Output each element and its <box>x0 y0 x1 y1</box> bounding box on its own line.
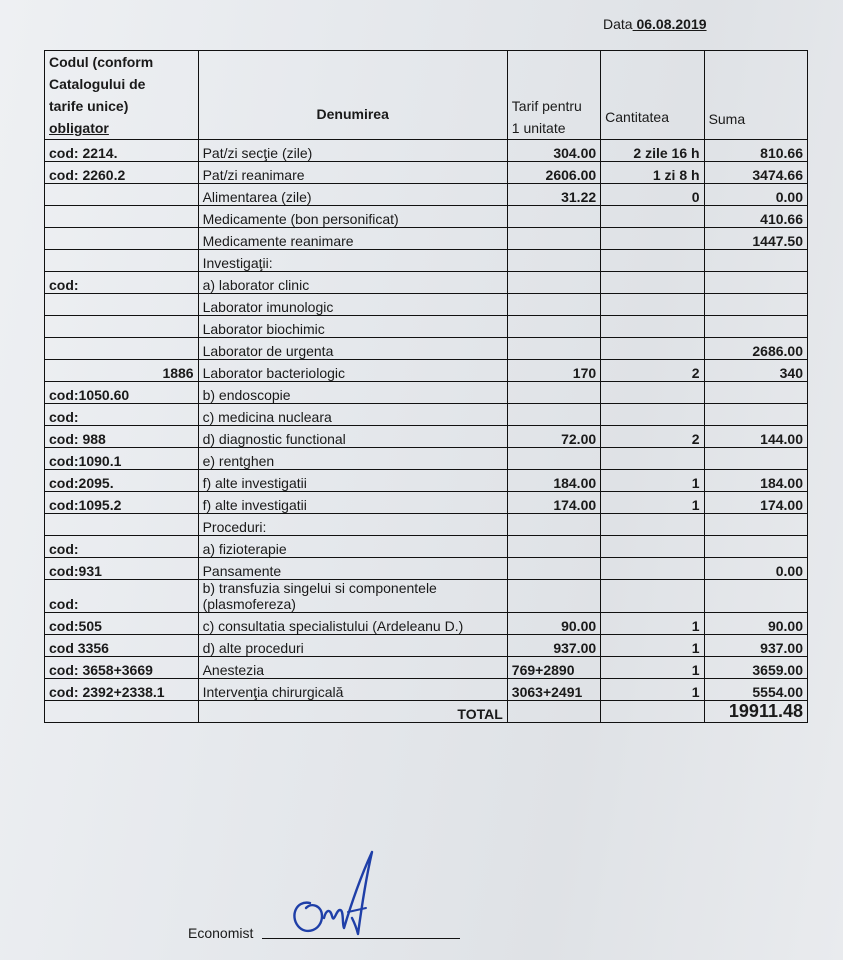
row-qty <box>601 382 704 404</box>
row-tarif: 184.00 <box>507 470 600 492</box>
row-code: cod: <box>45 404 199 426</box>
row-name: d) diagnostic functional <box>198 426 507 448</box>
row-tarif: 90.00 <box>507 613 600 635</box>
table-row: cod 3356d) alte proceduri937.001937.00 <box>45 635 808 657</box>
row-sum: 340 <box>704 360 807 382</box>
row-sum: 3474.66 <box>704 162 807 184</box>
row-sum <box>704 448 807 470</box>
row-sum <box>704 294 807 316</box>
row-tarif: 3063+2491 <box>507 679 600 701</box>
row-code <box>45 316 199 338</box>
row-sum: 0.00 <box>704 184 807 206</box>
header-sum: Suma <box>704 51 807 140</box>
header-code: Codul (conform Catalogului de tarife uni… <box>45 51 199 140</box>
table-row: Proceduri: <box>45 514 808 536</box>
row-qty <box>601 294 704 316</box>
table-row: Laborator de urgenta2686.00 <box>45 338 808 360</box>
row-name: Laborator imunologic <box>198 294 507 316</box>
table-row: cod:1095.2f) alte investigatii174.001174… <box>45 492 808 514</box>
row-code <box>45 514 199 536</box>
row-name: Laborator de urgenta <box>198 338 507 360</box>
row-qty <box>601 404 704 426</box>
row-tarif <box>507 250 600 272</box>
row-tarif <box>507 580 600 613</box>
header-code-required: obligator <box>49 117 194 139</box>
row-name: Pat/zi secţie (zile) <box>198 140 507 162</box>
row-name: Intervenţia chirurgicală <box>198 679 507 701</box>
row-sum <box>704 250 807 272</box>
row-code <box>45 250 199 272</box>
row-name: Medicamente (bon personificat) <box>198 206 507 228</box>
row-qty <box>601 316 704 338</box>
table-row: cod: 2214.Pat/zi secţie (zile)304.002 zi… <box>45 140 808 162</box>
row-tarif: 304.00 <box>507 140 600 162</box>
row-tarif <box>507 558 600 580</box>
row-name: f) alte investigatii <box>198 492 507 514</box>
table-row: Alimentarea (zile)31.2200.00 <box>45 184 808 206</box>
table-row: cod:1090.1e) rentghen <box>45 448 808 470</box>
total-tarif-cell <box>507 701 600 723</box>
row-code: cod: <box>45 580 199 613</box>
row-tarif: 769+2890 <box>507 657 600 679</box>
row-tarif: 2606.00 <box>507 162 600 184</box>
row-code: cod: 988 <box>45 426 199 448</box>
date-line: Data 06.08.2019 <box>603 16 707 32</box>
row-tarif <box>507 294 600 316</box>
row-sum: 5554.00 <box>704 679 807 701</box>
row-qty <box>601 338 704 360</box>
header-row: Codul (conform Catalogului de tarife uni… <box>45 51 808 140</box>
row-code <box>45 338 199 360</box>
row-name: d) alte proceduri <box>198 635 507 657</box>
invoice-rows: cod: 2214.Pat/zi secţie (zile)304.002 zi… <box>45 140 808 701</box>
row-name: c) consultatia specialistului (Ardeleanu… <box>198 613 507 635</box>
row-tarif <box>507 404 600 426</box>
table-row: cod:505c) consultatia specialistului (Ar… <box>45 613 808 635</box>
row-tarif <box>507 382 600 404</box>
row-qty: 1 <box>601 613 704 635</box>
date-label: Data <box>603 16 633 32</box>
row-code: cod 3356 <box>45 635 199 657</box>
row-name: Alimentarea (zile) <box>198 184 507 206</box>
table-row: cod:a) fizioterapie <box>45 536 808 558</box>
row-sum: 174.00 <box>704 492 807 514</box>
row-name: f) alte investigatii <box>198 470 507 492</box>
row-tarif: 937.00 <box>507 635 600 657</box>
table-row: Medicamente (bon personificat)410.66 <box>45 206 808 228</box>
row-qty: 1 <box>601 657 704 679</box>
table-row: cod:c) medicina nucleara <box>45 404 808 426</box>
row-name: Pat/zi reanimare <box>198 162 507 184</box>
row-tarif <box>507 206 600 228</box>
row-sum: 1447.50 <box>704 228 807 250</box>
row-sum <box>704 272 807 294</box>
row-name: c) medicina nucleara <box>198 404 507 426</box>
row-tarif <box>507 316 600 338</box>
table-row: Laborator imunologic <box>45 294 808 316</box>
row-qty: 1 <box>601 635 704 657</box>
row-sum: 937.00 <box>704 635 807 657</box>
row-qty: 2 <box>601 360 704 382</box>
invoice-table: Codul (conform Catalogului de tarife uni… <box>44 50 808 723</box>
row-qty: 0 <box>601 184 704 206</box>
row-code <box>45 228 199 250</box>
row-code: cod:1095.2 <box>45 492 199 514</box>
row-code: cod:1050.60 <box>45 382 199 404</box>
row-tarif <box>507 448 600 470</box>
header-name: Denumirea <box>198 51 507 140</box>
row-qty: 1 <box>601 679 704 701</box>
table-row: cod: 988d) diagnostic functional72.00214… <box>45 426 808 448</box>
row-code: cod: 3658+3669 <box>45 657 199 679</box>
row-tarif: 170 <box>507 360 600 382</box>
table-row: cod:1050.60b) endoscopie <box>45 382 808 404</box>
row-tarif: 72.00 <box>507 426 600 448</box>
row-qty <box>601 580 704 613</box>
row-sum: 144.00 <box>704 426 807 448</box>
row-code: cod: <box>45 536 199 558</box>
row-code: cod: 2260.2 <box>45 162 199 184</box>
table-row: cod: 3658+3669Anestezia769+289013659.00 <box>45 657 808 679</box>
row-sum <box>704 404 807 426</box>
row-code: cod: <box>45 272 199 294</box>
table-row: 1886Laborator bacteriologic1702340 <box>45 360 808 382</box>
row-code <box>45 184 199 206</box>
row-code <box>45 206 199 228</box>
row-name: Proceduri: <box>198 514 507 536</box>
row-tarif <box>507 514 600 536</box>
table-row: cod:a) laborator clinic <box>45 272 808 294</box>
row-name: b) transfuzia singelui si componentele (… <box>198 580 507 613</box>
total-qty-cell <box>601 701 704 723</box>
row-name: Pansamente <box>198 558 507 580</box>
row-qty <box>601 228 704 250</box>
row-tarif <box>507 272 600 294</box>
row-name: e) rentghen <box>198 448 507 470</box>
total-row: TOTAL 19911.48 <box>45 701 808 723</box>
table-row: Laborator biochimic <box>45 316 808 338</box>
row-name: a) fizioterapie <box>198 536 507 558</box>
table-row: cod: 2260.2Pat/zi reanimare2606.001 zi 8… <box>45 162 808 184</box>
header-tarif: Tarif pentru 1 unitate <box>507 51 600 140</box>
signer-label: Economist <box>188 925 253 941</box>
row-name: Anestezia <box>198 657 507 679</box>
row-code: cod:931 <box>45 558 199 580</box>
row-qty: 2 <box>601 426 704 448</box>
row-name: b) endoscopie <box>198 382 507 404</box>
row-code: cod: 2392+2338.1 <box>45 679 199 701</box>
row-sum: 410.66 <box>704 206 807 228</box>
row-sum: 184.00 <box>704 470 807 492</box>
signature-icon <box>282 848 392 948</box>
total-code-cell <box>45 701 199 723</box>
row-tarif <box>507 536 600 558</box>
row-name: Laborator bacteriologic <box>198 360 507 382</box>
table-row: cod:2095.f) alte investigatii184.001184.… <box>45 470 808 492</box>
row-qty: 1 <box>601 470 704 492</box>
row-sum: 2686.00 <box>704 338 807 360</box>
total-value: 19911.48 <box>704 701 807 723</box>
table-row: cod:931Pansamente0.00 <box>45 558 808 580</box>
row-sum <box>704 514 807 536</box>
header-qty: Cantitatea <box>601 51 704 140</box>
row-code: cod:1090.1 <box>45 448 199 470</box>
date-value: 06.08.2019 <box>633 16 707 32</box>
row-code: 1886 <box>45 360 199 382</box>
row-name: Investigaţii: <box>198 250 507 272</box>
row-tarif: 174.00 <box>507 492 600 514</box>
row-sum: 3659.00 <box>704 657 807 679</box>
row-sum <box>704 382 807 404</box>
row-sum <box>704 580 807 613</box>
total-label: TOTAL <box>198 701 507 723</box>
row-code: cod:2095. <box>45 470 199 492</box>
row-tarif <box>507 228 600 250</box>
row-qty: 1 zi 8 h <box>601 162 704 184</box>
row-qty: 1 <box>601 492 704 514</box>
row-qty <box>601 536 704 558</box>
row-qty <box>601 448 704 470</box>
row-qty: 2 zile 16 h <box>601 140 704 162</box>
row-sum <box>704 316 807 338</box>
row-sum: 810.66 <box>704 140 807 162</box>
row-qty <box>601 206 704 228</box>
row-sum: 90.00 <box>704 613 807 635</box>
row-qty <box>601 558 704 580</box>
row-code: cod: 2214. <box>45 140 199 162</box>
row-code: cod:505 <box>45 613 199 635</box>
row-code <box>45 294 199 316</box>
table-row: cod: 2392+2338.1Intervenţia chirurgicală… <box>45 679 808 701</box>
row-tarif: 31.22 <box>507 184 600 206</box>
row-qty <box>601 250 704 272</box>
row-sum <box>704 536 807 558</box>
table-row: Investigaţii: <box>45 250 808 272</box>
row-name: Medicamente reanimare <box>198 228 507 250</box>
row-tarif <box>507 338 600 360</box>
row-qty <box>601 272 704 294</box>
row-qty <box>601 514 704 536</box>
row-name: a) laborator clinic <box>198 272 507 294</box>
table-row: Medicamente reanimare1447.50 <box>45 228 808 250</box>
row-name: Laborator biochimic <box>198 316 507 338</box>
row-sum: 0.00 <box>704 558 807 580</box>
table-row: cod:b) transfuzia singelui si componente… <box>45 580 808 613</box>
